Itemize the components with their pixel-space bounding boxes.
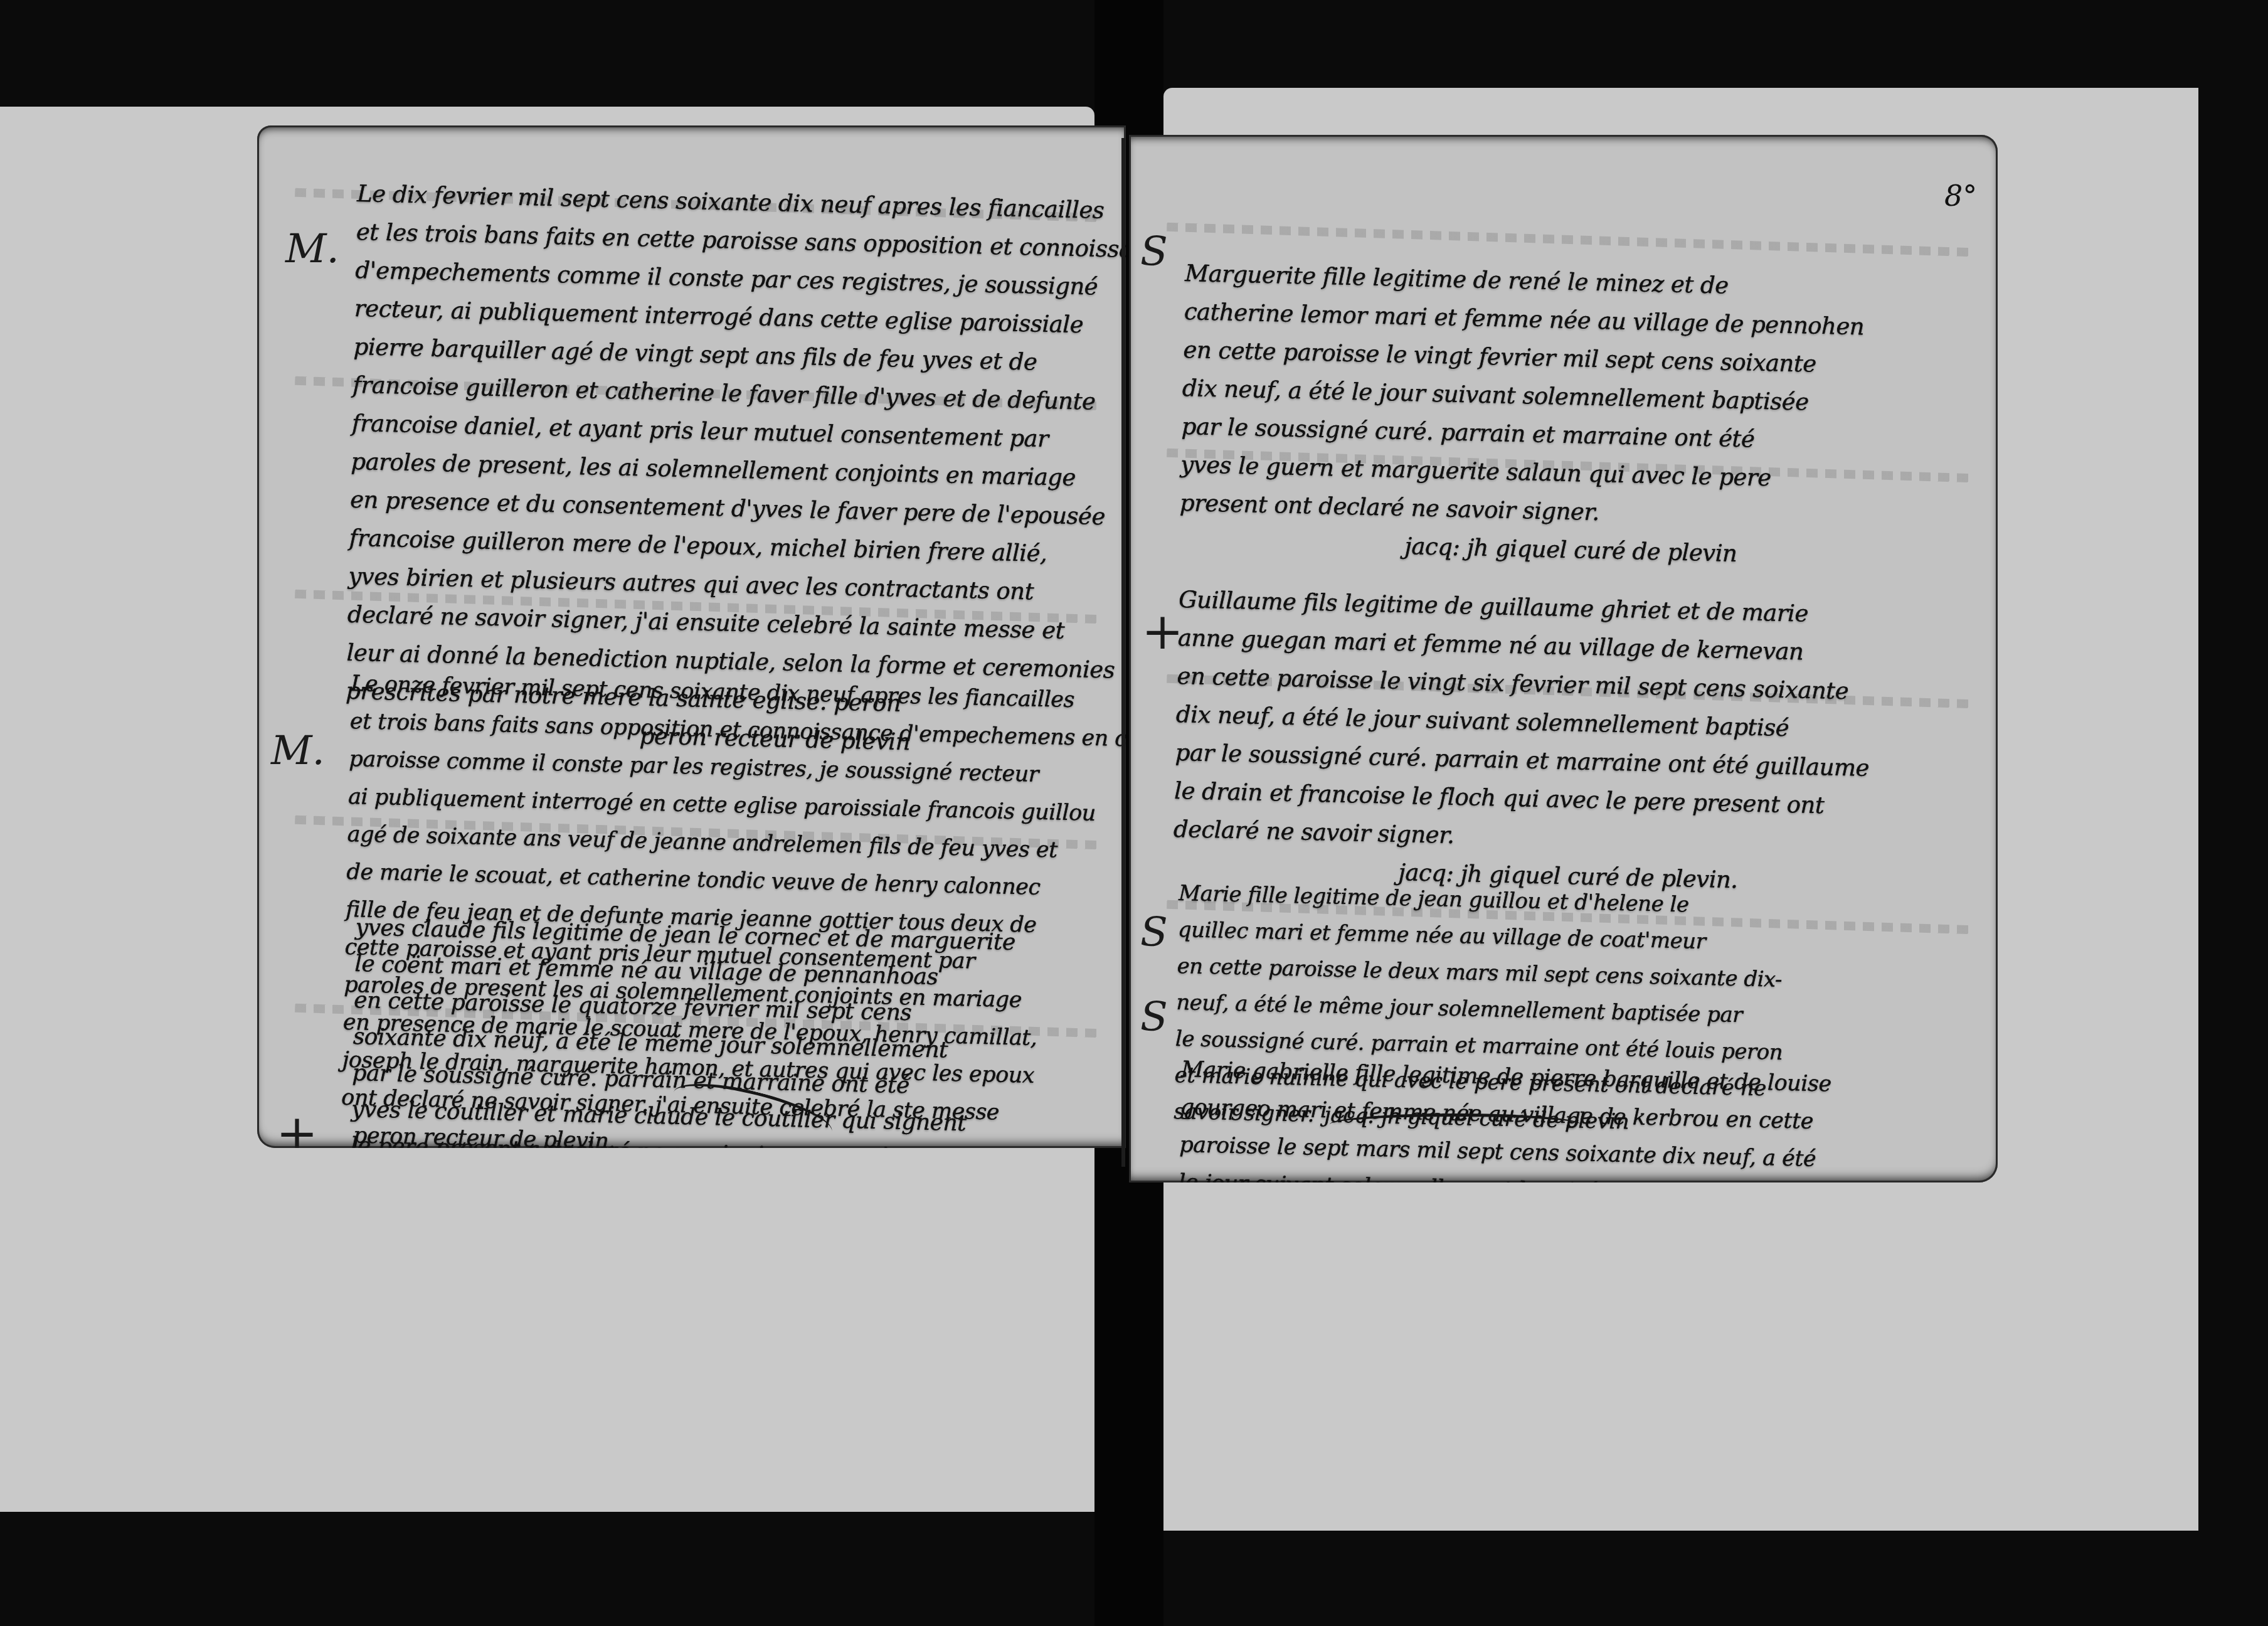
folio-number: 8° bbox=[1944, 179, 1977, 213]
signature-flourish bbox=[1330, 1113, 1581, 1135]
margin-mark-baptism: S bbox=[1140, 229, 1168, 275]
margin-mark-baptism: S bbox=[1140, 994, 1168, 1041]
entry-baptism-marguerite: Marguerite fille legitime de rené le min… bbox=[1179, 254, 1865, 575]
right-register-page: 8° S Marguerite fille legitime de rené l… bbox=[1129, 135, 1998, 1182]
margin-mark-baptism: + bbox=[276, 1104, 318, 1148]
left-register-page: M. Le dix fevrier mil sept cens soixante… bbox=[257, 125, 1126, 1148]
margin-mark-marriage: M. bbox=[285, 226, 339, 272]
entry-baptism-guillaume: Guillaume fils legitime de guillaume ghr… bbox=[1172, 580, 1873, 902]
page-spine bbox=[1121, 138, 1125, 1167]
margin-mark-baptism: S bbox=[1140, 910, 1168, 956]
margin-mark-marriage: M. bbox=[271, 728, 325, 774]
entry-baptism-left: yves claude fils legitime de jean le cor… bbox=[349, 910, 1016, 1148]
